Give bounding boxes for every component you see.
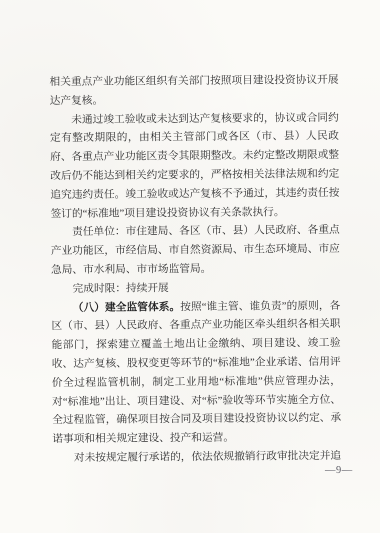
paragraph-text: 完成时限：持续开展 — [72, 282, 168, 295]
document-page: 相关重点产业功能区组织有关部门按照项目建设投资协议开展达产复核。 未通过竣工验收… — [0, 0, 380, 533]
paragraph-text: 未通过竣工验收或未达到达产复核要求的，协议或合同约定有整改期限的，由相关主管部门… — [50, 111, 340, 219]
paragraph-text: 按照“谁主管、谁负责”的原则，各区（市、县）人民政府、各重点产业功能区牵头组织各… — [51, 299, 341, 445]
paragraph-violation: 对未按规定履行承诺的，依法依规撤销行政审批决定并追 — [52, 447, 341, 468]
paragraph-continuation: 相关重点产业功能区组织有关部门按照项目建设投资协议开展达产复核。 — [49, 71, 338, 111]
document-text-block: 相关重点产业功能区组织有关部门按照项目建设投资协议开展达产复核。 未通过竣工验收… — [49, 71, 341, 468]
paragraph-text: 责任单位：市住建局、各区（市、县）人民政府、各重点产业功能区，市经信局、市自然资… — [51, 224, 340, 276]
paragraph-text: 对未按规定履行承诺的，依法依规撤销行政审批决定并追 — [74, 450, 341, 464]
page-number: —9— — [325, 465, 353, 476]
paragraph-responsible-units: 责任单位：市住建局、各区（市、县）人民政府、各重点产业功能区，市经信局、市自然资… — [51, 221, 340, 280]
section-8-heading: （八）建全监管体系。 — [73, 301, 181, 314]
paragraph-completion-time: 完成时限：持续开展 — [51, 278, 340, 299]
paragraph-rectification: 未通过竣工验收或未达到达产复核要求的，协议或合同约定有整改期限的，由相关主管部门… — [50, 108, 340, 223]
paragraph-section-8: （八）建全监管体系。按照“谁主管、谁负责”的原则，各区（市、县）人民政府、各重点… — [51, 296, 341, 449]
paragraph-text: 相关重点产业功能区组织有关部门按照项目建设投资协议开展达产复核。 — [49, 74, 338, 107]
